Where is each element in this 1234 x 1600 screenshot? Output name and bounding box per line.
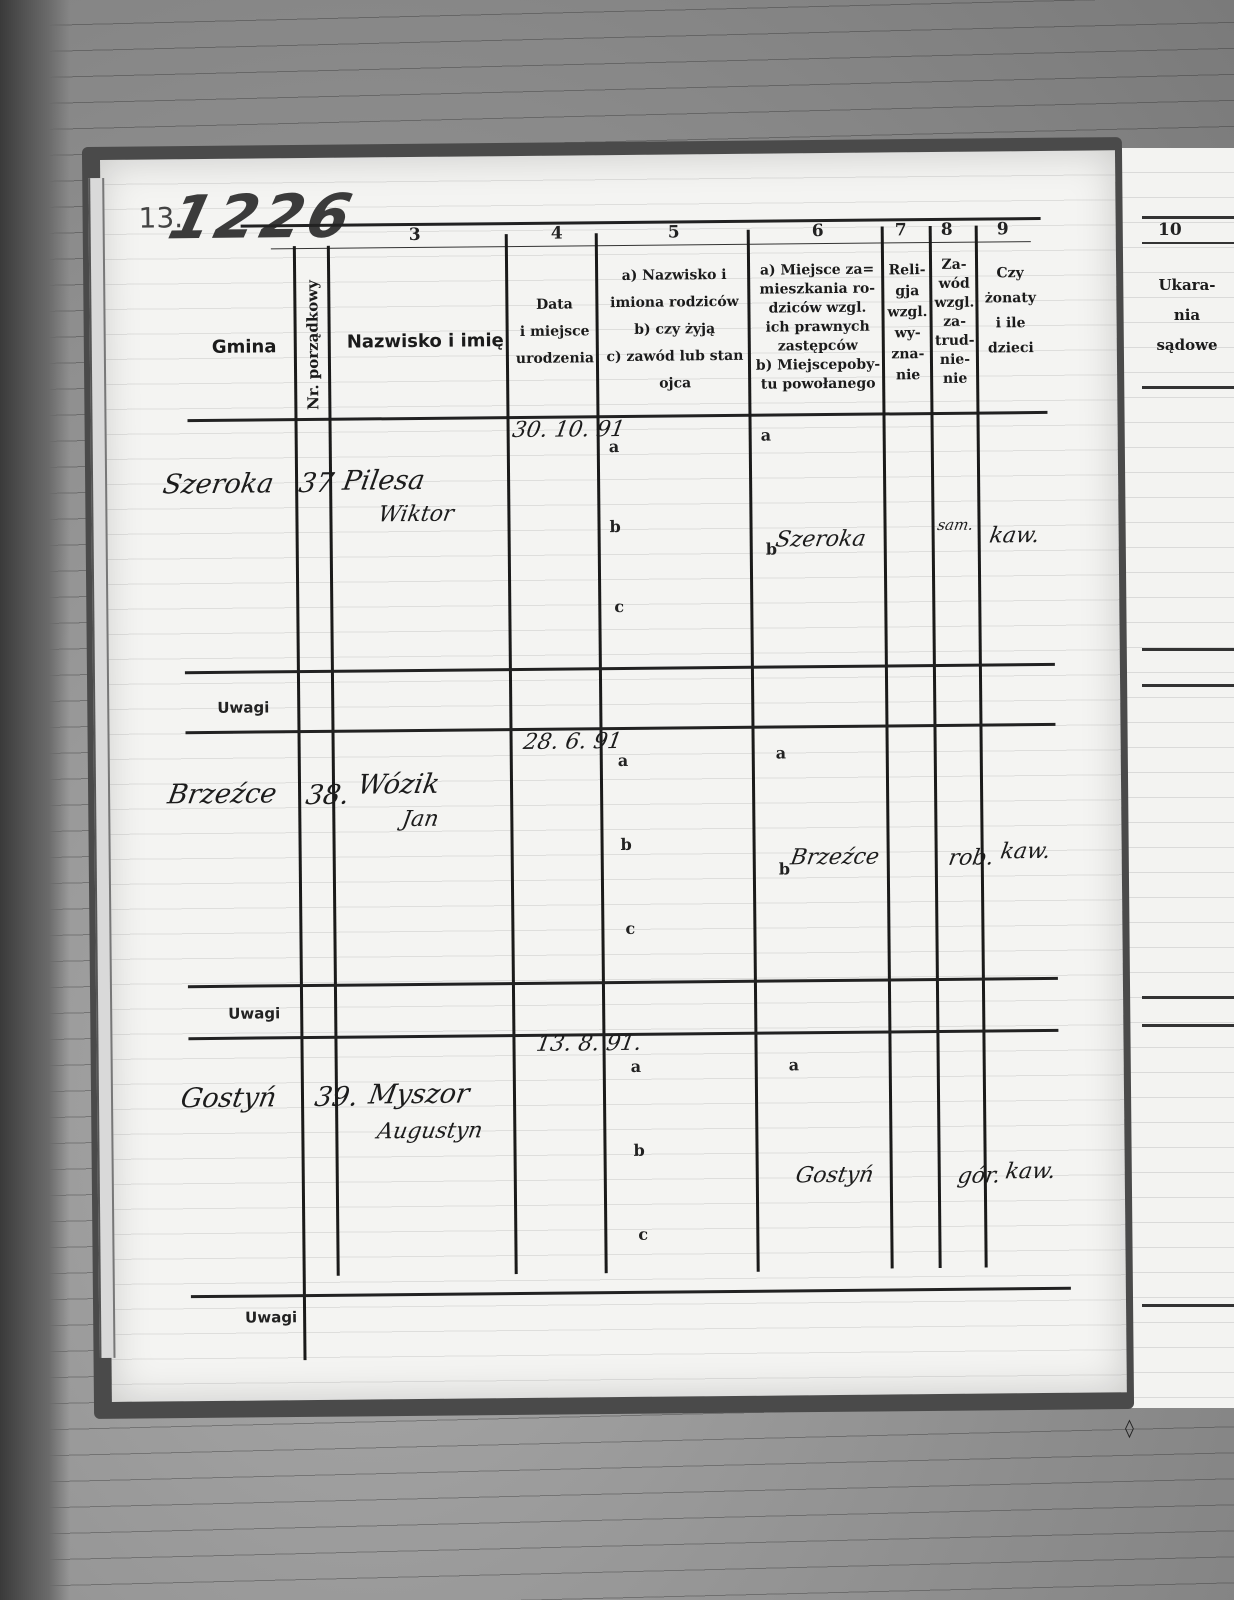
header-text: wzgl. xyxy=(931,294,977,313)
entry-2-birth-date: 28. 6. 91 xyxy=(522,729,624,755)
header-text: Reli- xyxy=(883,260,931,281)
entry-1-residence: Szeroka xyxy=(774,527,868,553)
entry-3-label-a: a xyxy=(631,1057,642,1076)
header-nr-porzadkowy: Nr. porządkowy xyxy=(303,240,323,410)
facing-row-rule xyxy=(1142,648,1234,651)
entry-2-gmina: Brzeźce xyxy=(166,778,279,810)
column-number-8: 8 xyxy=(927,220,967,240)
entry-2-label-c: c xyxy=(625,919,635,938)
header-zonaty: Czy żonaty i ile dzieci xyxy=(979,261,1042,362)
header-religia: Reli- gja wzgl. wy- zna- nie xyxy=(883,260,932,386)
entry-2-label-a: a xyxy=(618,751,629,770)
header-text: trud- xyxy=(932,332,978,351)
facing-row-rule xyxy=(1142,386,1234,389)
header-text: Data xyxy=(509,295,599,315)
column-number-3: 3 xyxy=(395,225,435,245)
header-text: Za- xyxy=(931,256,977,275)
column-rule xyxy=(975,226,988,1268)
entry-1-uwagi-label: Uwagi xyxy=(217,698,269,716)
entry-2-uwagi-label: Uwagi xyxy=(228,1004,280,1022)
column-number-9: 9 xyxy=(983,219,1023,239)
entry-2-res-a: a xyxy=(776,743,787,762)
header-text: i ile xyxy=(979,311,1041,337)
entry-1-res-a: a xyxy=(761,426,772,445)
header-text: sądowe xyxy=(1132,330,1234,360)
column-number-10: 10 xyxy=(1158,220,1182,240)
entry-2-marital: kaw. xyxy=(999,839,1053,865)
header-text: za- xyxy=(932,313,978,332)
header-text: tu powołanego xyxy=(752,374,884,394)
entry-3-res-a: a xyxy=(789,1055,800,1074)
header-text: nie xyxy=(884,365,932,386)
facing-header-rule xyxy=(1142,242,1234,244)
entry-3-label-b: b xyxy=(633,1141,644,1160)
entry-2-surname: Wózik xyxy=(355,769,442,801)
entry-3-uwagi-label: Uwagi xyxy=(245,1308,297,1326)
header-zawod: Za- wód wzgl. za- trud- nie- nie xyxy=(931,256,978,389)
column-rule xyxy=(327,246,340,1276)
entry-3-birth-date: 13. 8. 91. xyxy=(534,1031,643,1057)
entry-1-marital: kaw. xyxy=(988,523,1042,549)
entry-1-label-a: a xyxy=(609,437,620,456)
header-text: nie- xyxy=(932,351,978,370)
entry-2-first-name: Jan xyxy=(400,807,440,832)
facing-header-rule xyxy=(1142,216,1234,219)
column-rule xyxy=(505,234,518,1274)
entry-3-marital: kaw. xyxy=(1004,1159,1058,1185)
entry-3-label-c: c xyxy=(638,1225,648,1244)
column-number-6: 6 xyxy=(798,221,838,241)
header-text: dziców wzgl. xyxy=(751,298,883,318)
entry-1-occupation: sam. xyxy=(936,516,975,534)
entry-1-nr: 37 xyxy=(297,468,337,499)
row-1-bottom-rule xyxy=(185,663,1055,674)
header-text: mieszkania ro- xyxy=(751,279,883,299)
header-text: a) Nazwisko i xyxy=(599,262,749,290)
header-text: Ukara- xyxy=(1132,270,1234,300)
corner-mark: ◊ xyxy=(1125,1418,1134,1439)
register-number: 1226 xyxy=(162,181,362,253)
entry-2-label-b: b xyxy=(621,835,632,854)
header-zamieszkanie: a) Miejsce za= mieszkania ro- dziców wzg… xyxy=(751,260,884,394)
entry-1-gmina: Szeroka xyxy=(161,468,276,500)
header-text: a) Miejsce za= xyxy=(751,260,883,280)
facing-row-rule xyxy=(1142,996,1234,999)
entry-3-residence: Gostyń xyxy=(794,1163,876,1189)
header-text: b) czy żyją xyxy=(600,316,750,344)
header-text: dzieci xyxy=(980,336,1042,362)
entry-1-label-b: b xyxy=(609,517,620,536)
header-number-rule xyxy=(271,241,1031,249)
header-text: ich prawnych xyxy=(752,317,884,337)
row-2-bottom-rule xyxy=(188,977,1058,988)
entry-2-occupation: rob. xyxy=(947,845,996,870)
entry-3-occupation: gór. xyxy=(956,1163,1003,1188)
header-text: nie xyxy=(932,370,978,389)
header-data-miejsce: Data i miejsce urodzenia xyxy=(509,295,600,369)
header-text: i miejsce xyxy=(510,322,600,342)
header-gmina: Gmina xyxy=(212,336,277,358)
header-text: nia xyxy=(1132,300,1234,330)
column-number-7: 7 xyxy=(881,220,921,240)
header-text: ojca xyxy=(600,370,750,398)
entry-3-surname: Myszor xyxy=(366,1078,471,1110)
header-text: gja xyxy=(883,281,931,302)
facing-row-rule xyxy=(1142,684,1234,687)
header-text: żonaty xyxy=(979,286,1041,312)
header-nazwisko-imie: Nazwisko i imię xyxy=(347,330,504,353)
header-text: wzgl. xyxy=(883,302,931,323)
register-page: 13. 1226 3 4 5 6 7 8 9 Gmina Nr. porządk… xyxy=(100,150,1127,1402)
facing-row-rule xyxy=(1142,1304,1234,1307)
column-number-5: 5 xyxy=(654,222,694,242)
entry-1-label-c: c xyxy=(614,597,624,616)
header-rodzice: a) Nazwisko i imiona rodziców b) czy żyj… xyxy=(599,262,750,398)
header-text: imiona rodziców xyxy=(599,289,749,317)
header-text: b) Miejscepoby- xyxy=(752,355,884,375)
header-text: zastępców xyxy=(752,336,884,356)
header-text: zna- xyxy=(884,344,932,365)
header-text: Czy xyxy=(979,261,1041,287)
entry-3-nr: 39. xyxy=(312,1082,360,1113)
header-text: wód xyxy=(931,275,977,294)
header-text: c) zawód lub stan xyxy=(600,343,750,371)
entry-1-first-name: Wiktor xyxy=(376,502,455,528)
row-3-bottom-rule xyxy=(191,1287,1071,1298)
entry-3-gmina: Gostyń xyxy=(178,1082,278,1114)
facing-row-rule xyxy=(1142,1024,1234,1027)
entry-3-first-name: Augustyn xyxy=(375,1118,484,1144)
column-number-4: 4 xyxy=(537,223,577,243)
binding-shadow xyxy=(0,0,70,1600)
entry-1-surname: Pilesa xyxy=(341,465,428,497)
entry-2-nr: 38. xyxy=(304,780,352,811)
header-ukarania: Ukara- nia sądowe xyxy=(1132,270,1234,360)
entry-2-residence: Brzeźce xyxy=(789,845,881,871)
header-text: urodzenia xyxy=(510,349,600,369)
header-text: wy- xyxy=(884,323,932,344)
